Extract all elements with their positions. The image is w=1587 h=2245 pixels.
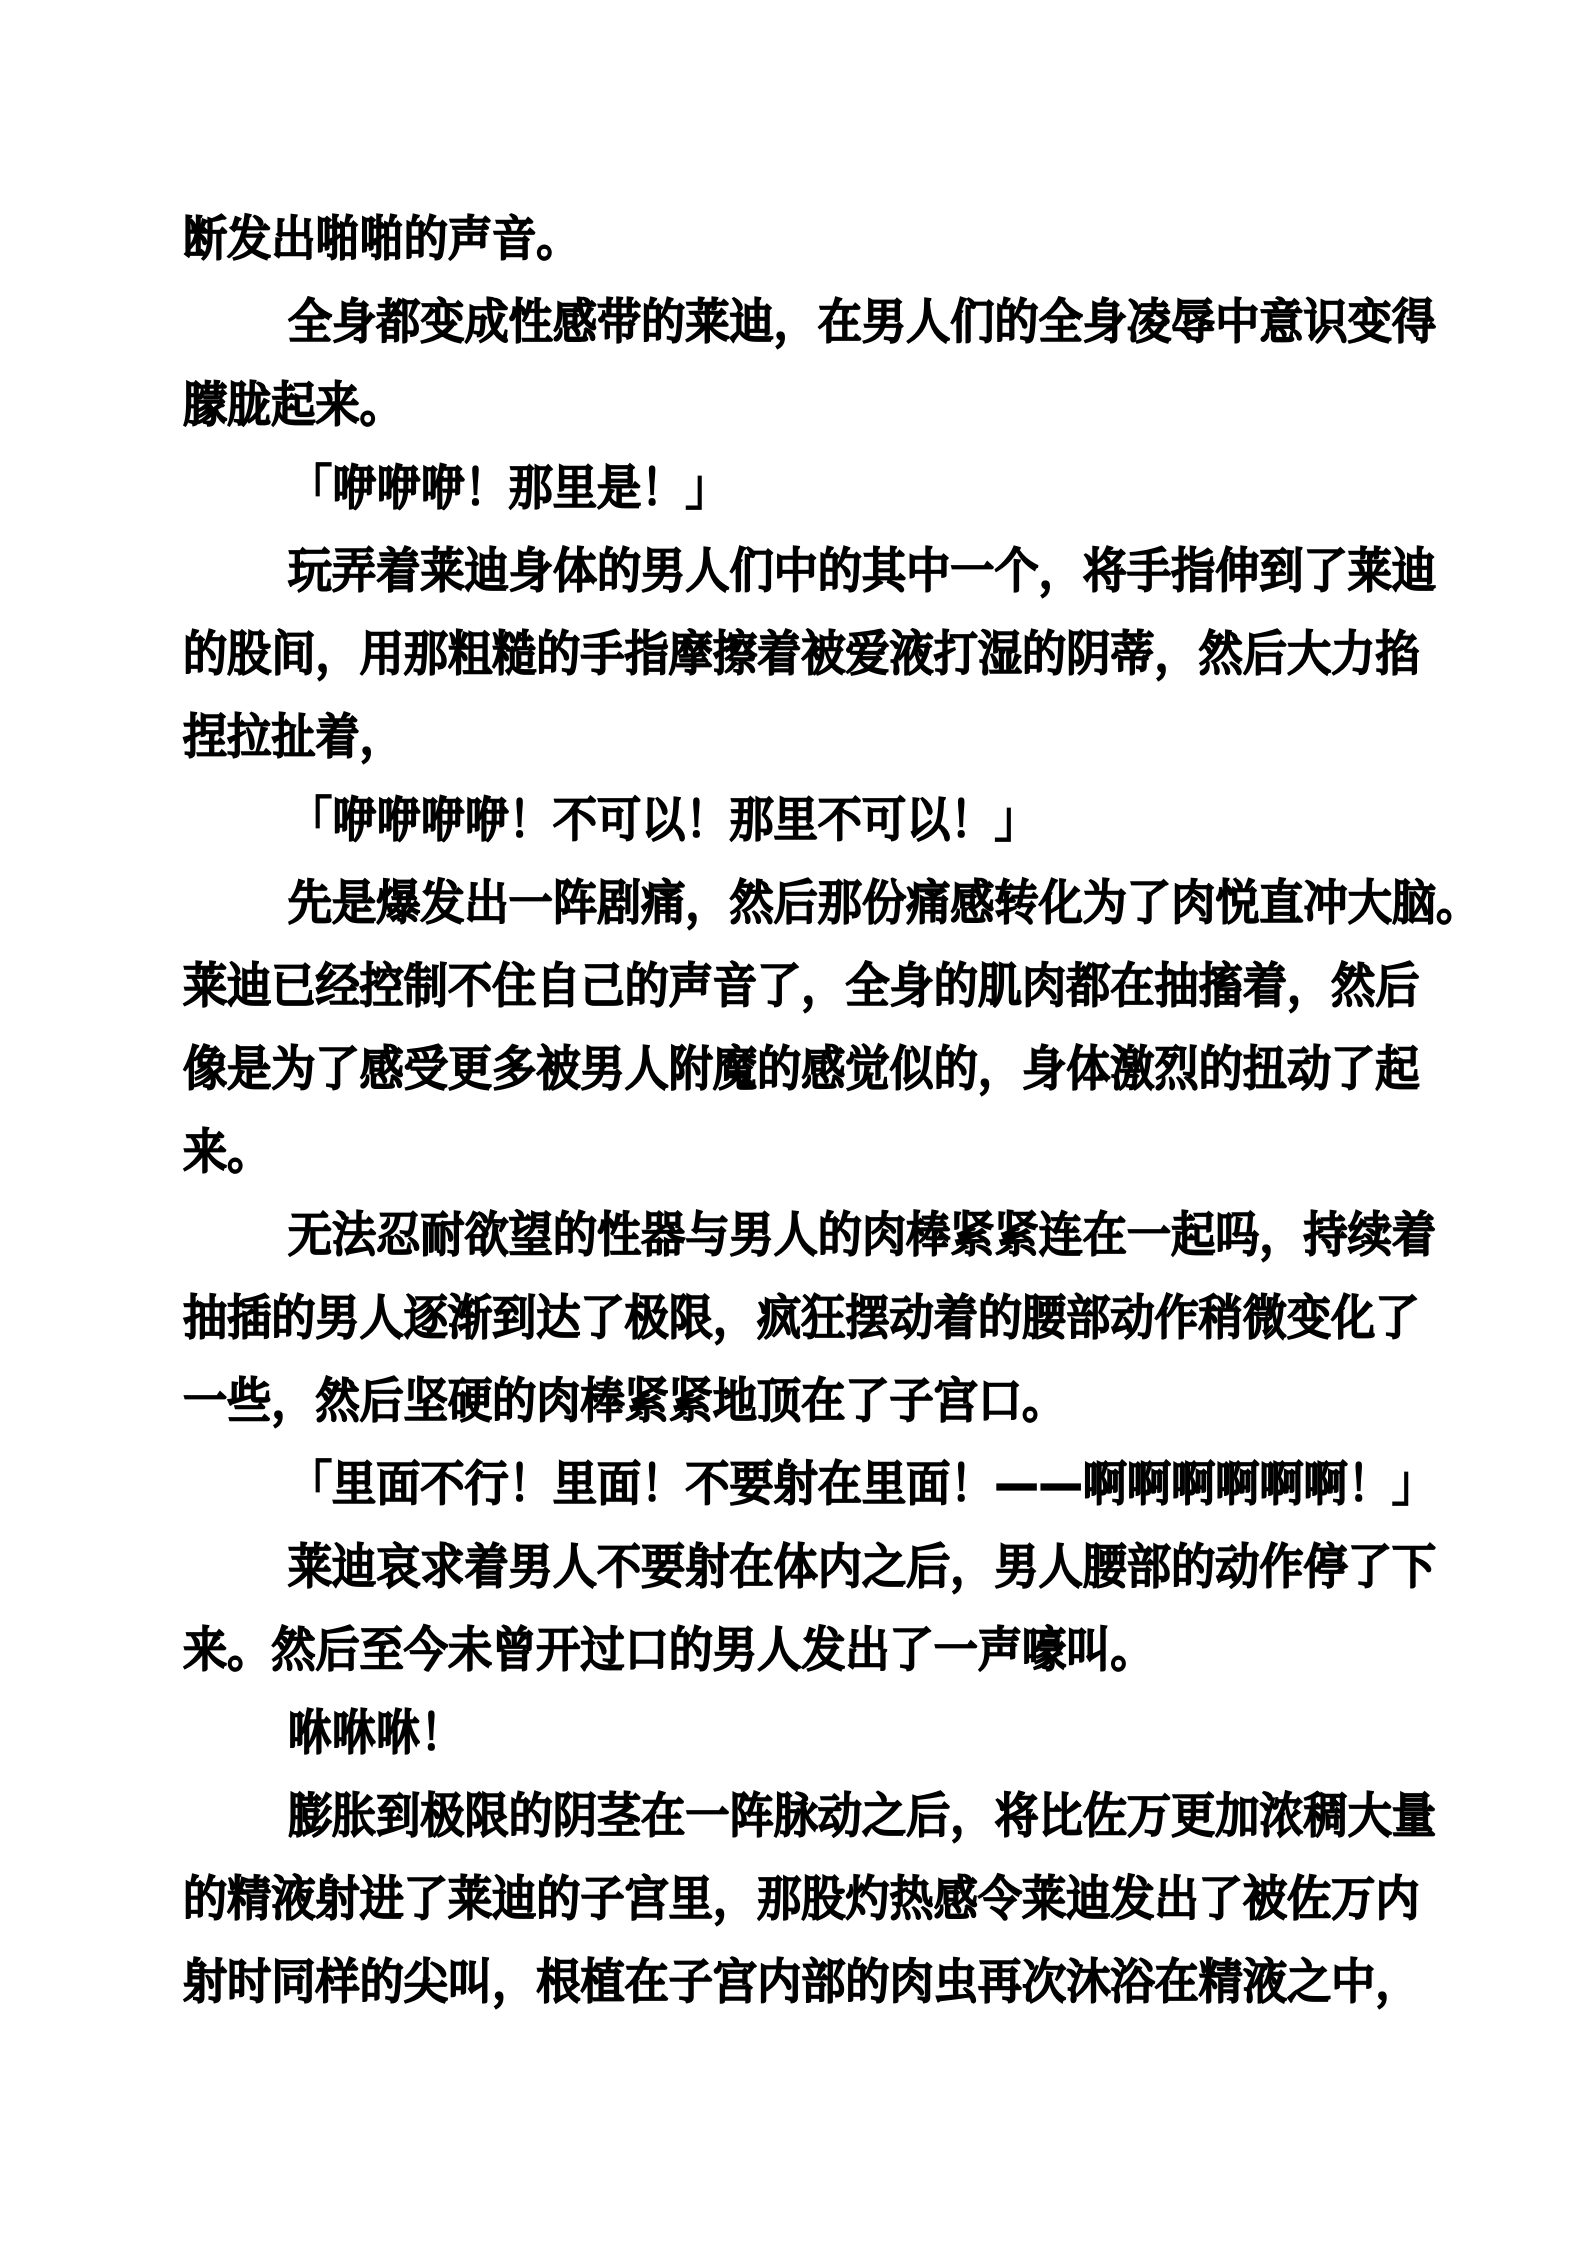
text-line: 莱迪哀求着男人不要射在体内之后，男人腰部的动作停了下: [183, 1526, 1475, 1609]
text-line: 捏拉扯着，: [183, 696, 1475, 779]
text-line: 全身都变成性感带的莱迪，在男人们的全身凌辱中意识变得: [183, 281, 1475, 364]
text-line: 断发出啪啪的声音。: [183, 198, 1475, 281]
text-line: 「咿咿咿咿！不可以！那里不可以！」: [183, 779, 1475, 862]
text-line: 玩弄着莱迪身体的男人们中的其中一个，将手指伸到了莱迪: [183, 530, 1475, 613]
text-line: 一些，然后坚硬的肉棒紧紧地顶在了子宫口。: [183, 1360, 1475, 1443]
text-line: 膨胀到极限的阴茎在一阵脉动之后，将比佐万更加浓稠大量: [183, 1775, 1475, 1858]
page-text: 断发出啪啪的声音。全身都变成性感带的莱迪，在男人们的全身凌辱中意识变得朦胧起来。…: [183, 198, 1587, 2024]
text-line: 的精液射进了莱迪的子宫里，那股灼热感令莱迪发出了被佐万内: [183, 1858, 1475, 1941]
text-line: 来。: [183, 1111, 1475, 1194]
text-line: 先是爆发出一阵剧痛，然后那份痛感转化为了肉悦直冲大脑。: [183, 862, 1475, 945]
text-line: 射时同样的尖叫，根植在子宫内部的肉虫再次沐浴在精液之中，: [183, 1941, 1475, 2024]
text-line: 「咿咿咿！那里是！」: [183, 447, 1475, 530]
text-line: 像是为了感受更多被男人附魔的感觉似的，身体激烈的扭动了起: [183, 1028, 1475, 1111]
document-page: 断发出啪啪的声音。全身都变成性感带的莱迪，在男人们的全身凌辱中意识变得朦胧起来。…: [0, 0, 1587, 2245]
text-line: 咻咻咻！: [183, 1692, 1475, 1775]
text-line: 「里面不行！里面！不要射在里面！——啊啊啊啊啊啊！」: [183, 1443, 1475, 1526]
text-line: 莱迪已经控制不住自己的声音了，全身的肌肉都在抽搐着，然后: [183, 945, 1475, 1028]
text-line: 来。然后至今未曾开过口的男人发出了一声嚎叫。: [183, 1609, 1475, 1692]
text-line: 的股间，用那粗糙的手指摩擦着被爱液打湿的阴蒂，然后大力掐: [183, 613, 1475, 696]
text-line: 抽插的男人逐渐到达了极限，疯狂摆动着的腰部动作稍微变化了: [183, 1277, 1475, 1360]
text-line: 朦胧起来。: [183, 364, 1475, 447]
text-line: 无法忍耐欲望的性器与男人的肉棒紧紧连在一起吗，持续着: [183, 1194, 1475, 1277]
